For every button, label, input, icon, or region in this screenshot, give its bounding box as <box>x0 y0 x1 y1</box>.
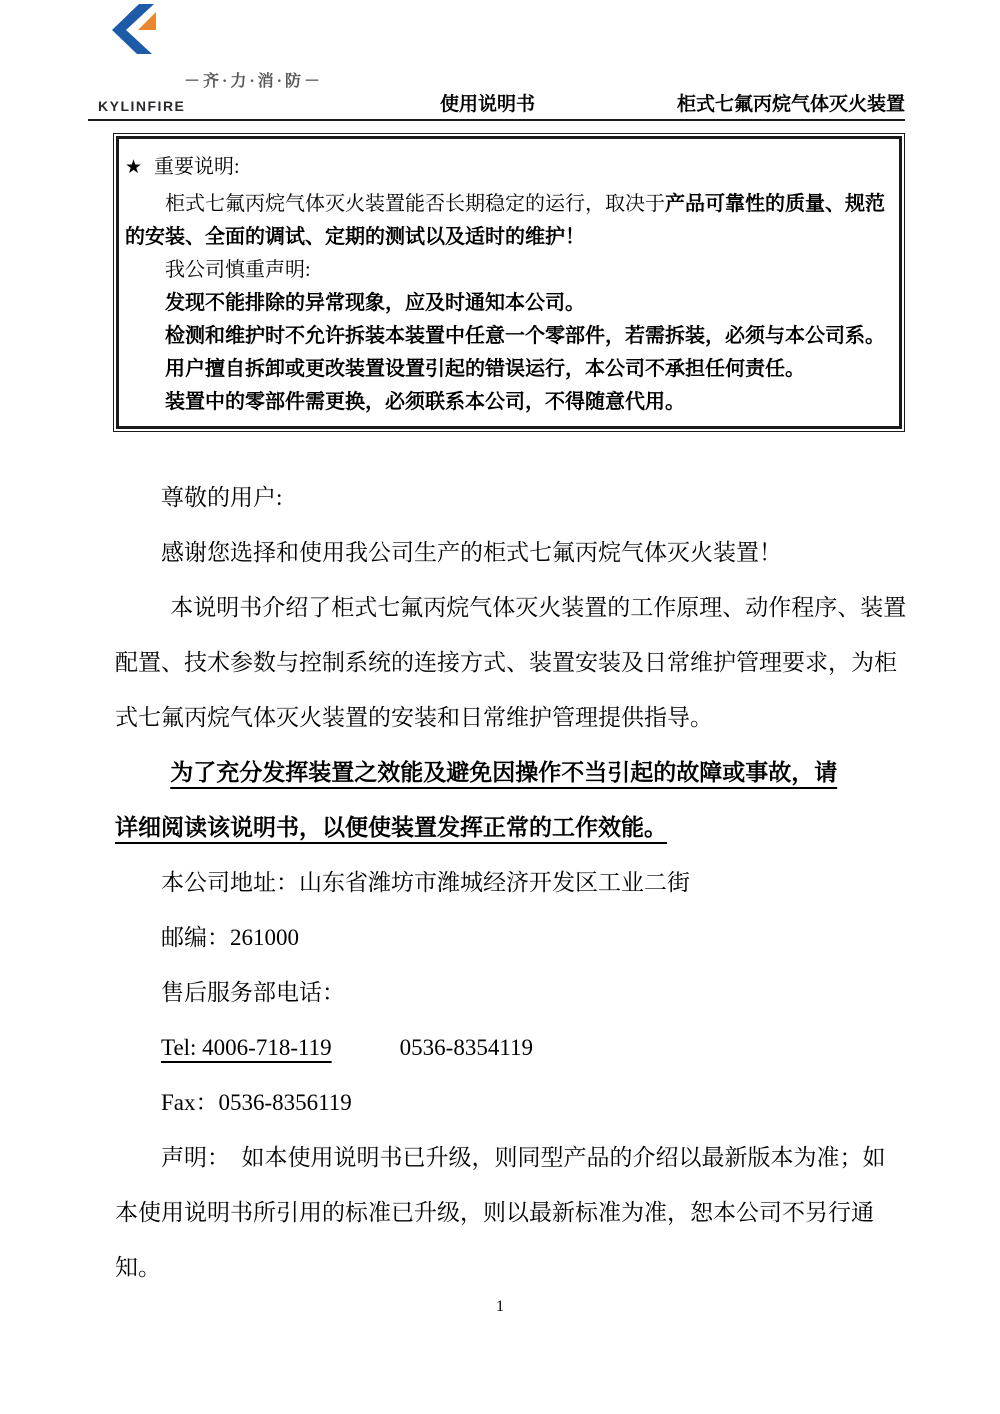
notice-intro: 柜式七氟丙烷气体灭火装置能否长期稳定的运行，取决于产品可靠性的质量、规范的安装、… <box>125 188 895 254</box>
important-notice-box: ★重要说明: 柜式七氟丙烷气体灭火装置能否长期稳定的运行，取决于产品可靠性的质量… <box>113 133 905 432</box>
salutation: 尊敬的用户: <box>115 470 907 525</box>
document-type-title: 使用说明书 <box>440 89 535 116</box>
page-number: 1 <box>0 1298 1000 1316</box>
notice-item: 检测和维护时不允许拆装本装置中任意一个零部件，若需拆装，必须与本公司系。 <box>125 320 895 353</box>
warning-underlined-text: 为了充分发挥装置之效能及避免因操作不当引起的故障或事故，请详细阅读该说明书，以便… <box>115 760 837 840</box>
notice-declare-label: 我公司慎重声明: <box>125 254 895 287</box>
notice-item: 发现不能排除的异常现象，应及时通知本公司。 <box>125 287 895 320</box>
tel-primary: Tel: 4006-718-119 <box>161 1035 332 1060</box>
service-phone-label: 售后服务部电话： <box>115 965 907 1020</box>
intro-paragraph: 本说明书介绍了柜式七氟丙烷气体灭火装置的工作原理、动作程序、装置配置、技术参数与… <box>115 580 907 745</box>
company-address: 本公司地址：山东省潍坊市潍城经济开发区工业二街 <box>115 855 907 910</box>
thanks-line: 感谢您选择和使用我公司生产的柜式七氟丙烷气体灭火装置！ <box>115 525 907 580</box>
notice-item: 装置中的零部件需更换，必须联系本公司，不得随意代用。 <box>125 386 895 419</box>
brand-name: KYLINFIRE <box>98 98 185 114</box>
fax-line: Fax：0536-8356119 <box>115 1075 907 1130</box>
postcode: 邮编：261000 <box>115 910 907 965</box>
notice-intro-normal: 柜式七氟丙烷气体灭火装置能否长期稳定的运行，取决于 <box>165 193 665 215</box>
kylinfire-logo-icon <box>112 4 172 54</box>
product-name-title: 柜式七氟丙烷气体灭火装置 <box>677 89 905 116</box>
star-icon: ★ <box>125 157 142 178</box>
warning-paragraph: 为了充分发挥装置之效能及避免因操作不当引起的故障或事故，请详细阅读该说明书，以便… <box>115 745 857 855</box>
body-text: 尊敬的用户: 感谢您选择和使用我公司生产的柜式七氟丙烷气体灭火装置！ 本说明书介… <box>115 470 907 1295</box>
tel-line: Tel: 4006-718-1190536-8354119 <box>115 1020 907 1075</box>
manual-page: KYLINFIRE －齐·力·消·防－ 使用说明书 柜式七氟丙烷气体灭火装置 ★… <box>0 0 1000 1414</box>
notice-title-line: ★重要说明: <box>125 147 895 188</box>
notice-item: 用户擅自拆卸或更改装置设置引起的错误运行，本公司不承担任何责任。 <box>125 353 895 386</box>
tel-secondary: 0536-8354119 <box>400 1035 533 1060</box>
statement-paragraph: 声明： 如本使用说明书已升级，则同型产品的介绍以最新版本为准；如本使用说明书所引… <box>115 1130 907 1295</box>
notice-title: 重要说明: <box>154 156 240 178</box>
page-header: KYLINFIRE －齐·力·消·防－ 使用说明书 柜式七氟丙烷气体灭火装置 <box>88 0 905 121</box>
important-notice-inner: ★重要说明: 柜式七氟丙烷气体灭火装置能否长期稳定的运行，取决于产品可靠性的质量… <box>116 136 902 429</box>
brand-slogan: －齐·力·消·防－ <box>184 68 323 91</box>
